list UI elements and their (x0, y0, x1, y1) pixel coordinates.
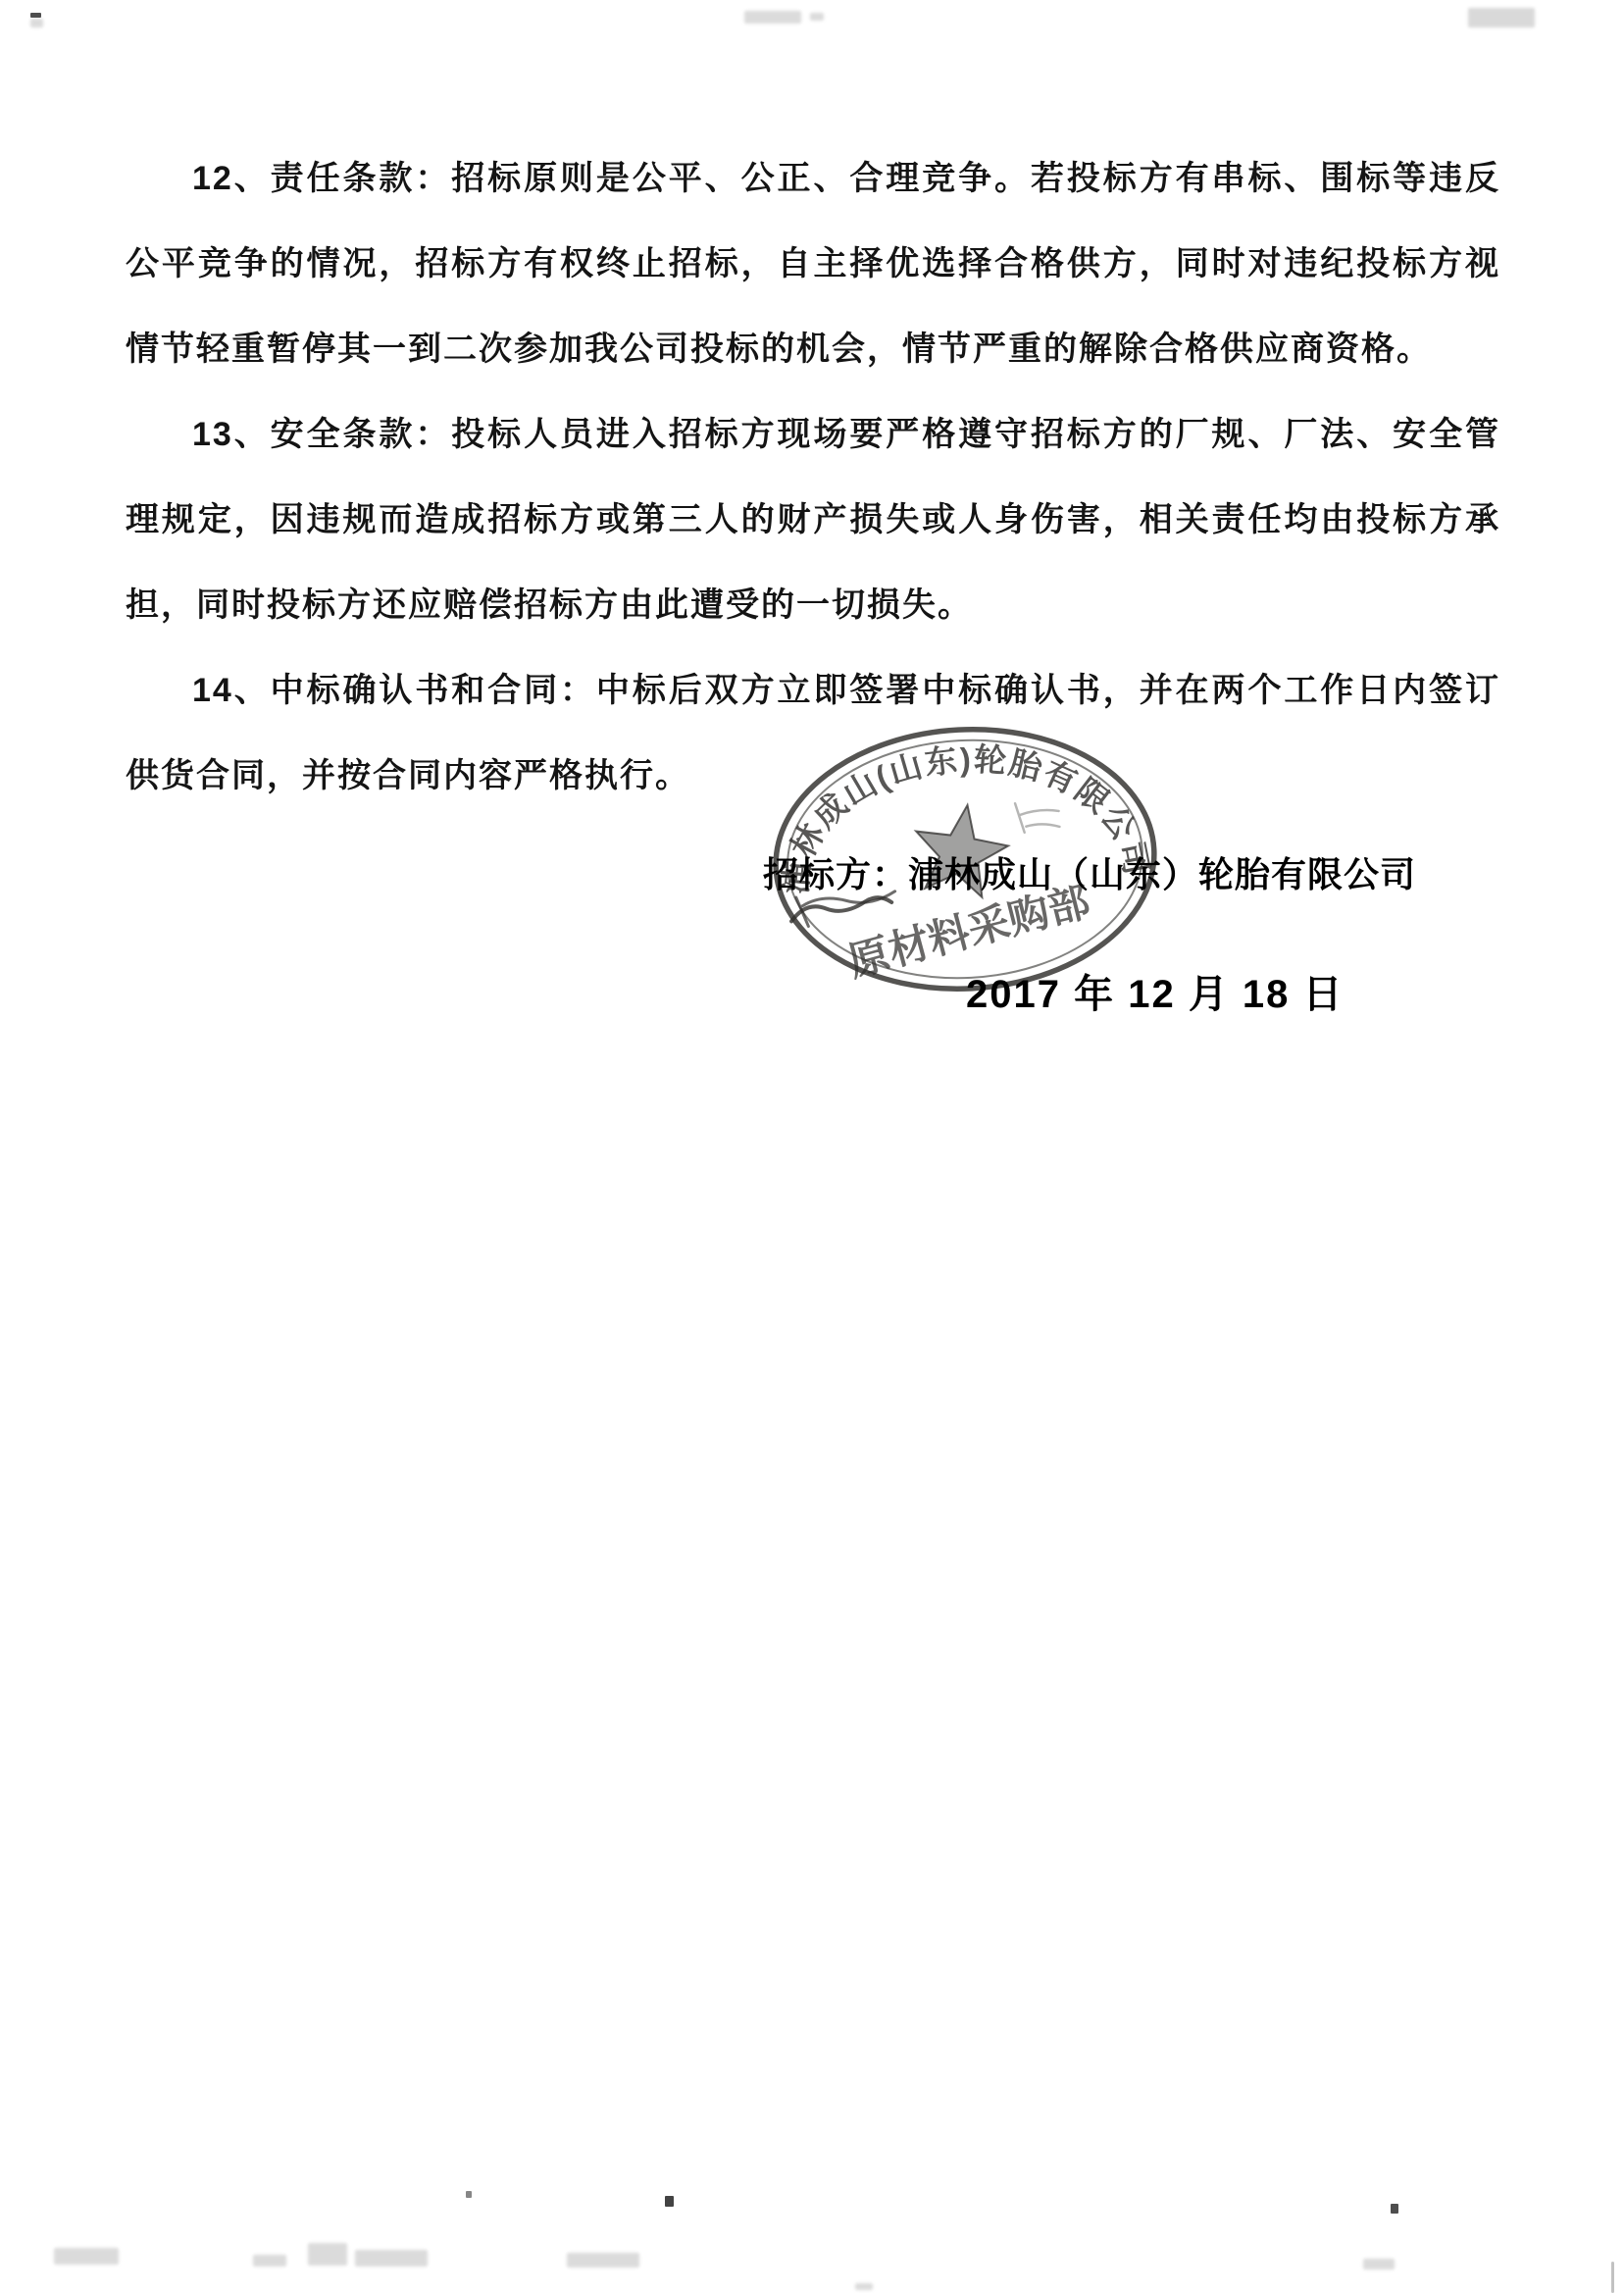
stamp-faint-mark (1015, 801, 1060, 833)
scan-noise (1468, 8, 1535, 27)
scan-noise (253, 2255, 286, 2267)
scan-noise (30, 19, 43, 27)
clause-13-paragraph: 13、安全条款：投标人员进入招标方现场要严格遵守招标方的厂规、厂法、安全管理规定… (126, 392, 1500, 648)
signature-date: 2017 年 12 月 18 日 (966, 963, 1345, 1019)
scan-noise (1391, 2204, 1398, 2214)
scan-noise (355, 2250, 428, 2267)
scan-noise (810, 13, 824, 21)
scan-noise (744, 11, 801, 24)
scan-noise (855, 2283, 873, 2290)
scan-noise (665, 2196, 674, 2207)
clauses-text-block: 12、责任条款：招标原则是公平、公正、合理竞争。若投标方有串标、围标等违反公平竞… (126, 136, 1500, 819)
scan-noise (308, 2243, 347, 2266)
bidder-signature-line: 招标方：浦林成山（山东）轮胎有限公司 (763, 847, 1416, 897)
scan-noise (30, 13, 41, 18)
scan-noise (466, 2191, 472, 2198)
scan-noise (54, 2248, 119, 2265)
scan-edge-line (1611, 2262, 1614, 2293)
scan-noise (567, 2253, 639, 2268)
clause-12-paragraph: 12、责任条款：招标原则是公平、公正、合理竞争。若投标方有串标、围标等违反公平竞… (126, 136, 1500, 392)
scan-noise (1363, 2259, 1395, 2269)
scanned-document-page: 12、责任条款：招标原则是公平、公正、合理竞争。若投标方有串标、围标等违反公平竞… (0, 0, 1624, 2293)
